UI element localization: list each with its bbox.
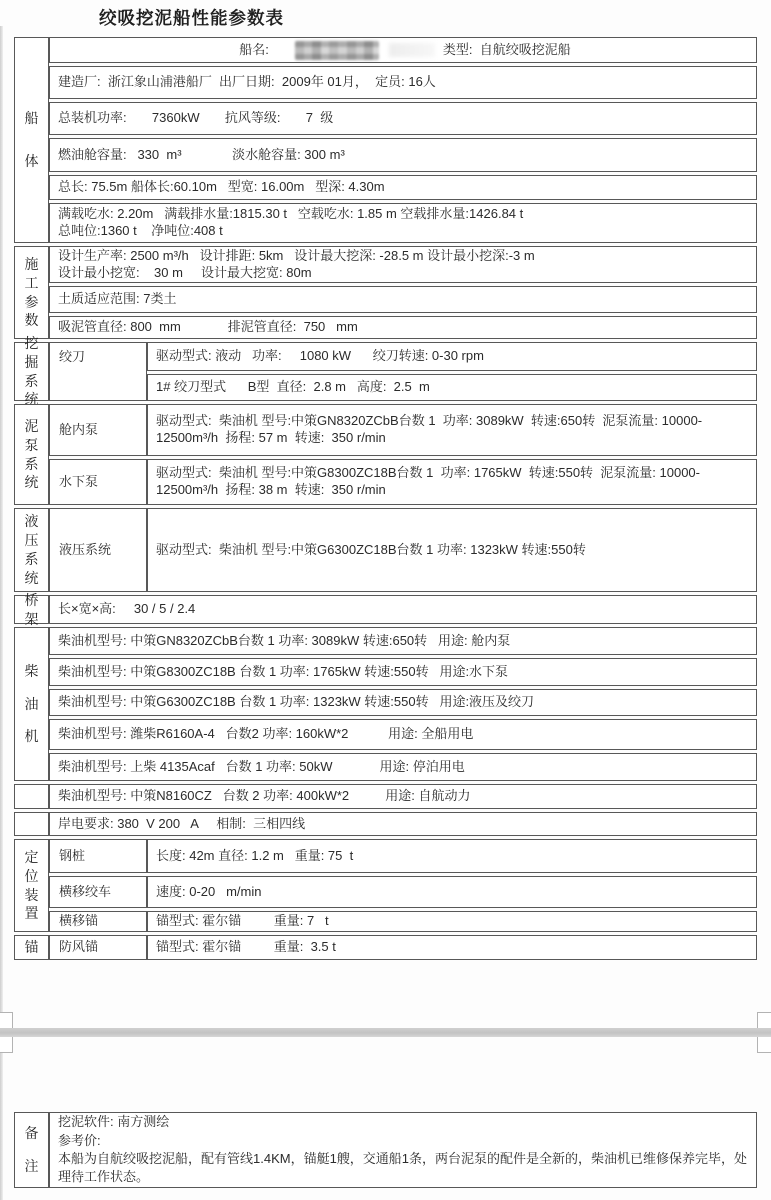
section-label-digging: 挖掘系统 bbox=[14, 342, 49, 401]
section-label-bridge: 桥架 bbox=[14, 595, 49, 624]
row-pipe-diameters: 吸泥管直径: 800 mm 排泥管直径: 750 mm bbox=[49, 316, 757, 339]
row-diesel-6: 柴油机型号: 中策N8160CZ 台数 2 功率: 400kW*2 用途: 自航… bbox=[49, 784, 757, 809]
row-inboard-pump-spec: 驱动型式: 柴油机 型号:中策GN8320ZCbB台数 1 功率: 3089kW… bbox=[147, 404, 757, 456]
section-label-hull: 船体 bbox=[14, 37, 49, 243]
row-underwater-pump-spec: 驱动型式: 柴油机 型号:中策G8300ZC18B台数 1 功率: 1765kW… bbox=[147, 459, 757, 505]
sublabel-spud: 钢桩 bbox=[49, 839, 147, 873]
sublabel-underwater-pump: 水下泵 bbox=[49, 459, 147, 505]
page-break-bar bbox=[0, 1028, 771, 1037]
row-ship-name: 船名: 类型: 自航绞吸挖泥船 bbox=[49, 37, 757, 63]
row-hydraulic-spec: 驱动型式: 柴油机 型号:中策G6300ZC18B台数 1 功率: 1323kW… bbox=[147, 508, 757, 592]
row-cutter-type: 1# 绞刀型式 B型 直径: 2.8 m 高度: 2.5 m bbox=[147, 374, 757, 401]
row-soil-range: 土质适应范围: 7类土 bbox=[49, 286, 757, 313]
sublabel-storm-anchor: 防风锚 bbox=[49, 935, 147, 960]
row-tank-capacity: 燃油舱容量: 330 m³ 淡水舱容量: 300 m³ bbox=[49, 138, 757, 172]
section-label-mud-pumps: 泥泵系统 bbox=[14, 404, 49, 505]
row-storm-anchor-spec: 锚型式: 霍尔锚 重量: 3.5 t bbox=[147, 935, 757, 960]
row-diesel-5: 柴油机型号: 上柴 4135Acaf 台数 1 功率: 50kW 用途: 停泊用… bbox=[49, 753, 757, 781]
sublabel-inboard-pump: 舱内泵 bbox=[49, 404, 147, 456]
page-title: 绞吸挖泥船性能参数表 bbox=[99, 5, 284, 30]
row-spud-spec: 长度: 42m 直径: 1.2 m 重量: 75 t bbox=[147, 839, 757, 873]
sublabel-hydraulic-system: 液压系统 bbox=[49, 508, 147, 592]
section-label-positioning: 定位装置 bbox=[14, 839, 49, 932]
section-label-hydraulic: 液压系统 bbox=[14, 508, 49, 592]
sublabel-swing-anchor: 横移锚 bbox=[49, 911, 147, 932]
row-diesel-4: 柴油机型号: 潍柴R6160A-4 台数2 功率: 160kW*2 用途: 全船… bbox=[49, 719, 757, 750]
row-design-rates: 设计生产率: 2500 m³/h 设计排距: 5km 设计最大挖深: -28.5… bbox=[49, 246, 757, 283]
row-swing-anchor-spec: 锚型式: 霍尔锚 重量: 7 t bbox=[147, 911, 757, 932]
label-spacer-2 bbox=[14, 812, 49, 836]
row-bridge-dims: 长×宽×高: 30 / 5 / 2.4 bbox=[49, 595, 757, 624]
sublabel-cutter: 绞刀 bbox=[49, 342, 147, 401]
row-draft-displacement: 满载吃水: 2.20m 满载排水量:1815.30 t 空载吃水: 1.85 m… bbox=[49, 203, 757, 243]
ship-type-text: 类型: 自航绞吸挖泥船 bbox=[443, 42, 571, 59]
row-shore-power: 岸电要求: 380 V 200 A 相制: 三相四线 bbox=[49, 812, 757, 836]
row-swing-winch-spec: 速度: 0-20 m/min bbox=[147, 876, 757, 908]
section-label-remark: 备注 bbox=[14, 1112, 49, 1188]
label-spacer-1 bbox=[14, 784, 49, 809]
section-label-diesel: 柴油机 bbox=[14, 627, 49, 781]
redaction-smudge bbox=[389, 43, 435, 57]
spec-table: 船体 船名: 类型: 自航绞吸挖泥船 建造厂: 浙江象山浦港船厂 出厂日期: 2… bbox=[14, 37, 757, 960]
remark-software: 挖泥软件: 南方测绘 bbox=[58, 1113, 750, 1131]
row-diesel-3: 柴油机型号: 中策G6300ZC18B 台数 1 功率: 1323kW 转速:5… bbox=[49, 689, 757, 716]
row-diesel-2: 柴油机型号: 中策G8300ZC18B 台数 1 功率: 1765kW 转速:5… bbox=[49, 658, 757, 686]
ship-name-label: 船名: bbox=[239, 42, 269, 59]
remark-price: 参考价: bbox=[58, 1132, 750, 1150]
row-builder: 建造厂: 浙江象山浦港船厂 出厂日期: 2009年 01月， 定员: 16人 bbox=[49, 66, 757, 99]
remark-description: 本船为自航绞吸挖泥船，配有管线1.4KM，锚艇1艘，交通船1条，两台泥泵的配件是… bbox=[58, 1150, 750, 1187]
scanned-document-page: 绞吸挖泥船性能参数表 船体 船名: 类型: 自航绞吸挖泥船 建造厂: 浙江象山浦… bbox=[0, 0, 771, 1200]
remark-table: 备注 挖泥软件: 南方测绘 参考价: 本船为自航绞吸挖泥船，配有管线1.4KM，… bbox=[14, 1112, 757, 1188]
sublabel-swing-winch: 横移绞车 bbox=[49, 876, 147, 908]
section-label-construction: 施工参数 bbox=[14, 246, 49, 339]
section-label-anchor: 锚 bbox=[14, 935, 49, 960]
row-total-power: 总装机功率: 7360kW 抗风等级: 7 级 bbox=[49, 102, 757, 135]
ship-name-redacted-blur bbox=[295, 41, 379, 60]
row-dimensions: 总长: 75.5m 船体长:60.10m 型宽: 16.00m 型深: 4.30… bbox=[49, 175, 757, 200]
row-diesel-1: 柴油机型号: 中策GN8320ZCbB台数 1 功率: 3089kW 转速:65… bbox=[49, 627, 757, 655]
remark-content: 挖泥软件: 南方测绘 参考价: 本船为自航绞吸挖泥船，配有管线1.4KM，锚艇1… bbox=[49, 1112, 757, 1188]
row-cutter-drive: 驱动型式: 液动 功率: 1080 kW 绞刀转速: 0-30 rpm bbox=[147, 342, 757, 371]
